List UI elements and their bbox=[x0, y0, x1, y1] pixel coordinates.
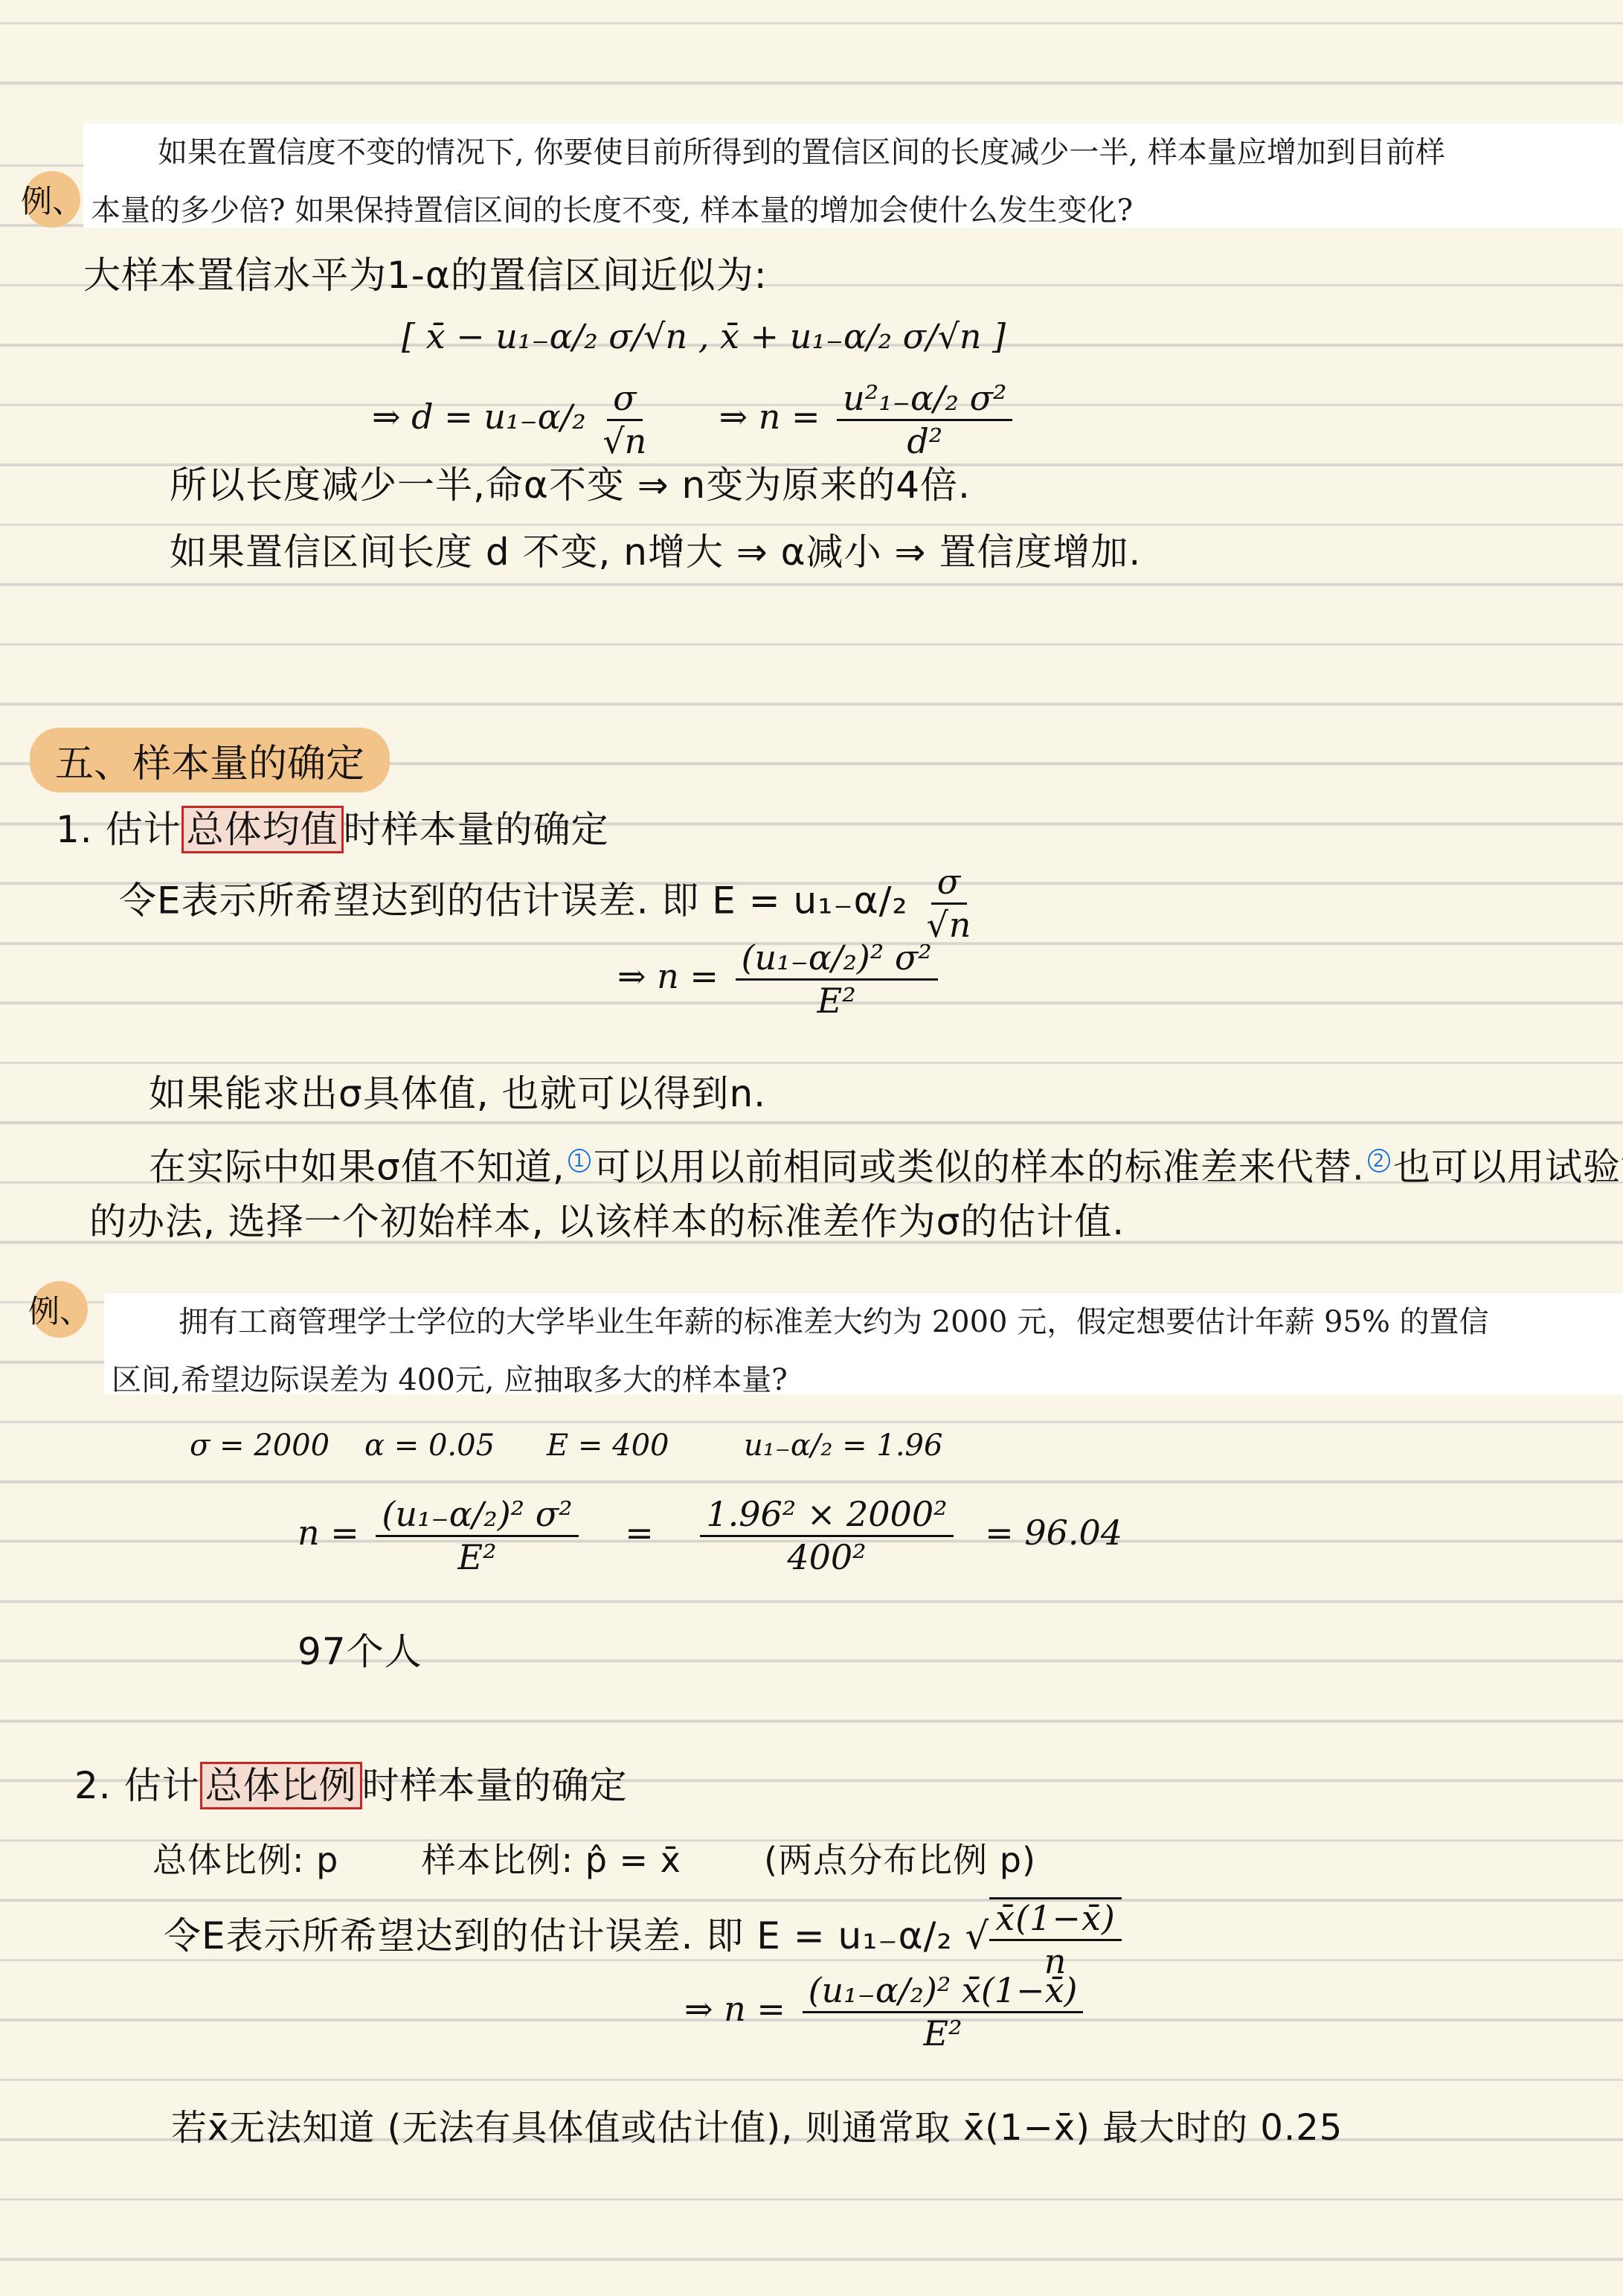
d-fraction: σ √n bbox=[602, 379, 646, 460]
n-fraction-denominator: d² bbox=[907, 421, 942, 461]
sample-size-formula-proportion: ⇒ n = (u₁₋α/₂)² x̄(1−x̄) E² bbox=[684, 1972, 1089, 2052]
highlighted-term-mean: 总体均值 bbox=[181, 806, 344, 853]
d-fraction-numerator: σ bbox=[607, 379, 642, 421]
example-badge-2: 例、 bbox=[31, 1281, 88, 1338]
calc-fraction-2: 1.96² × 2000² 400² bbox=[700, 1495, 953, 1576]
example1-line2: 本量的多少倍? 如果保持置信区间的长度不变, 样本量的增加会使什么发生变化? bbox=[91, 182, 1623, 240]
note-text-b: 可以用以前相同或类似的样本的标准差来代替. bbox=[594, 1146, 1365, 1189]
solution1-intro: 大样本置信水平为1-α的置信区间近似为: bbox=[83, 253, 768, 298]
note-initial-sample: 的办法, 选择一个初始样本, 以该样本的标准差作为σ的估计值. bbox=[89, 1199, 1125, 1244]
d-formula-lhs: ⇒ d = u₁₋α/₂ bbox=[372, 397, 586, 437]
note-text-a: 在实际中如果σ值不知道, bbox=[149, 1146, 565, 1189]
footnote-marker-2[interactable]: 2 bbox=[1368, 1149, 1390, 1173]
calc-lhs: n = bbox=[298, 1513, 359, 1553]
section-heading: 五、样本量的确定 bbox=[30, 728, 390, 792]
n-fraction-numerator: u²₁₋α/₂ σ² bbox=[837, 379, 1012, 421]
subsection1-prefix: 1. 估计 bbox=[56, 808, 181, 851]
subsection1-suffix: 时样本量的确定 bbox=[344, 808, 609, 851]
proportion-sample-size-fraction: (u₁₋α/₂)² x̄(1−x̄) E² bbox=[803, 1972, 1084, 2052]
example-badge: 例、 bbox=[24, 171, 80, 228]
calc-fraction-1-denominator: E² bbox=[457, 1537, 496, 1577]
proportion-error-numerator: x̄(1−x̄) bbox=[989, 1899, 1122, 1941]
example-badge-label-2: 例、 bbox=[28, 1287, 91, 1332]
sample-size-calculation: n = (u₁₋α/₂)² σ² E² = 1.96² × 2000² 400²… bbox=[298, 1495, 1122, 1576]
calc-equals: = bbox=[625, 1513, 654, 1553]
note-sigma-unknown: 在实际中如果σ值不知道,1可以用以前相同或类似的样本的标准差来代替.2也可以用试… bbox=[149, 1138, 1623, 1190]
example-badge-label: 例、 bbox=[21, 177, 83, 222]
sample-proportion-def: 样本比例: p̂ = x̄ bbox=[422, 1840, 681, 1880]
two-point-distribution-note: (两点分布比例 p) bbox=[764, 1840, 1036, 1880]
error-fraction-numerator: σ bbox=[931, 863, 967, 905]
given-E: E = 400 bbox=[547, 1428, 669, 1463]
n-formula-lhs: ⇒ n = bbox=[719, 397, 820, 437]
highlighted-term-proportion: 总体比例 bbox=[200, 1762, 362, 1809]
note-text-c: 也可以用试验调查 bbox=[1393, 1146, 1623, 1189]
proportion-error-definition: 令E表示所希望达到的估计误差. 即 E = u₁₋α/₂ √ x̄(1−x̄) … bbox=[164, 1897, 1128, 1980]
example2-line2: 区间,希望边际误差为 400元, 应抽取多大的样本量? bbox=[112, 1351, 1623, 1409]
subsection1-title: 1. 估计总体均值时样本量的确定 bbox=[56, 807, 609, 852]
footnote-marker-1[interactable]: 1 bbox=[568, 1149, 591, 1173]
error-fraction: σ √n bbox=[926, 863, 971, 943]
proportion-definitions: 总体比例: p 样本比例: p̂ = x̄ (两点分布比例 p) bbox=[152, 1838, 1036, 1882]
error-definition-text: 令E表示所希望达到的估计误差. 即 E = u₁₋α/₂ bbox=[119, 879, 908, 923]
solution1-conclusion2: 如果置信区间长度 d 不变, n增大 ⇒ α减小 ⇒ 置信度增加. bbox=[170, 530, 1141, 574]
example2-problem-box: 拥有工商管理学士学位的大学毕业生年薪的标准差大约为 2000 元，假定想要估计年… bbox=[104, 1293, 1623, 1394]
population-proportion-def: 总体比例: p bbox=[152, 1840, 338, 1880]
proportion-sample-size-denominator: E² bbox=[924, 2013, 962, 2053]
error-fraction-denominator: √n bbox=[926, 905, 971, 944]
final-answer: 97个人 bbox=[298, 1629, 422, 1674]
subsection2-prefix: 2. 估计 bbox=[74, 1764, 200, 1807]
calc-result: = 96.04 bbox=[985, 1513, 1122, 1553]
sample-size-denominator: E² bbox=[817, 981, 856, 1020]
error-definition: 令E表示所希望达到的估计误差. 即 E = u₁₋α/₂ σ √n bbox=[119, 863, 977, 943]
d-fraction-denominator: √n bbox=[602, 421, 646, 461]
solution1-conclusion1: 所以长度减少一半,命α不变 ⇒ n变为原来的4倍. bbox=[170, 463, 971, 507]
example2-line1: 拥有工商管理学士学位的大学毕业生年薪的标准差大约为 2000 元，假定想要估计年… bbox=[112, 1293, 1623, 1351]
given-u: u₁₋α/₂ = 1.96 bbox=[744, 1428, 942, 1463]
note-sigma-known: 如果能求出σ具体值, 也就可以得到n. bbox=[149, 1071, 766, 1116]
calc-fraction-1-numerator: (u₁₋α/₂)² σ² bbox=[376, 1495, 578, 1537]
confidence-interval-formula: [ x̄ − u₁₋α/₂ σ/√n , x̄ + u₁₋α/₂ σ/√n ] bbox=[402, 316, 1006, 356]
subsection2-suffix: 时样本量的确定 bbox=[362, 1764, 628, 1807]
n-fraction: u²₁₋α/₂ σ² d² bbox=[837, 379, 1012, 460]
proportion-final-note: 若x̄无法知道 (无法有具体值或估计值), 则通常取 x̄(1−x̄) 最大时的… bbox=[171, 2106, 1343, 2150]
d-formula: ⇒ d = u₁₋α/₂ σ √n ⇒ n = u²₁₋α/₂ σ² d² bbox=[372, 379, 1018, 460]
example1-problem-box: 如果在置信度不变的情况下, 你要使目前所得到的置信区间的长度减少一半, 样本量应… bbox=[83, 124, 1623, 228]
proportion-error-text: 令E表示所希望达到的估计误差. 即 E = u₁₋α/₂ √ bbox=[164, 1914, 989, 1957]
sample-size-fraction: (u₁₋α/₂)² σ² E² bbox=[736, 939, 938, 1019]
given-sigma: σ = 2000 bbox=[190, 1428, 330, 1463]
proportion-sample-size-lhs: ⇒ n = bbox=[684, 1989, 785, 2029]
proportion-sample-size-numerator: (u₁₋α/₂)² x̄(1−x̄) bbox=[803, 1972, 1084, 2013]
calc-fraction-2-denominator: 400² bbox=[787, 1537, 866, 1577]
sample-size-lhs: ⇒ n = bbox=[617, 956, 719, 996]
proportion-error-fraction: x̄(1−x̄) n bbox=[989, 1897, 1122, 1980]
example1-line1: 如果在置信度不变的情况下, 你要使目前所得到的置信区间的长度减少一半, 样本量应… bbox=[91, 124, 1623, 182]
calc-fraction-2-numerator: 1.96² × 2000² bbox=[700, 1495, 953, 1537]
subsection2-title: 2. 估计总体比例时样本量的确定 bbox=[74, 1763, 628, 1808]
sample-size-numerator: (u₁₋α/₂)² σ² bbox=[736, 939, 938, 981]
calc-fraction-1: (u₁₋α/₂)² σ² E² bbox=[376, 1495, 578, 1576]
given-alpha: α = 0.05 bbox=[364, 1428, 495, 1463]
sample-size-formula-mean: ⇒ n = (u₁₋α/₂)² σ² E² bbox=[617, 939, 944, 1019]
